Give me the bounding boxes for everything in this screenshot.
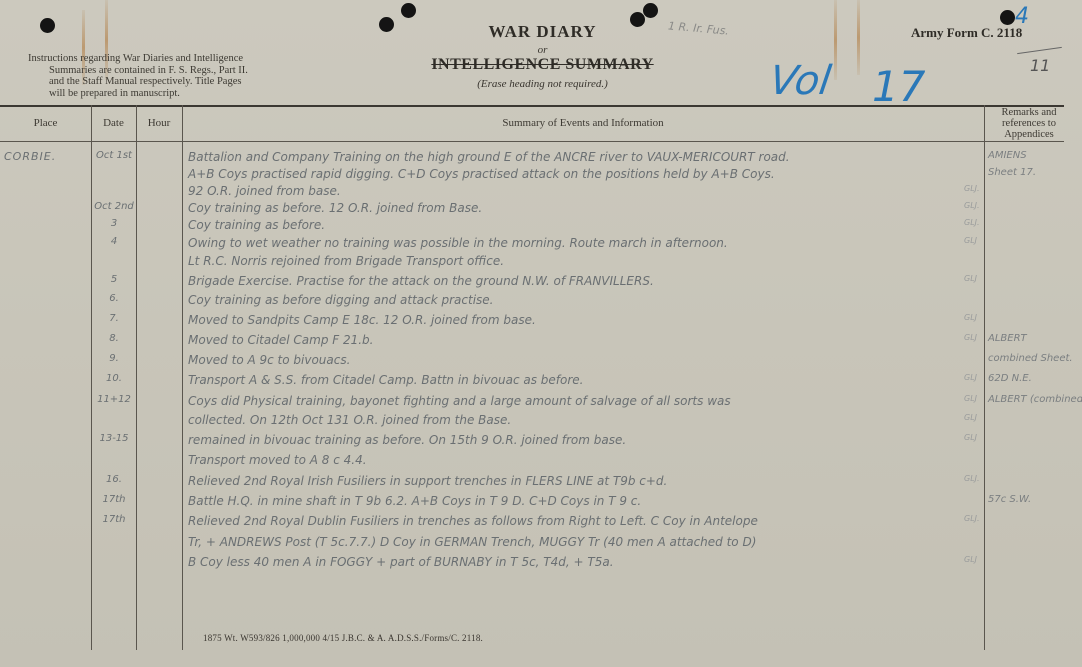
erase-note: (Erase heading not required.) (400, 78, 685, 90)
column-header-remarks: Remarks and references to Appendices (984, 105, 1074, 141)
table-row: 16.Relieved 2nd Royal Irish Fusiliers in… (0, 474, 1082, 492)
initials-cell: GLJ (964, 433, 977, 442)
date-cell: 5 (92, 274, 136, 285)
table-row: collected. On 12th Oct 131 O.R. joined f… (0, 413, 1082, 431)
initials-cell: GLJ (964, 413, 977, 422)
summary-cell: Transport moved to A 8 c 4.4. (188, 453, 978, 467)
initials-cell: GLJ. (964, 218, 980, 227)
summary-cell: A+B Coys practised rapid digging. C+D Co… (188, 167, 978, 181)
date-cell: 10. (92, 373, 136, 384)
table-row: 17thBattle H.Q. in mine shaft in T 9b 6.… (0, 494, 1082, 512)
instructions-note: Instructions regarding War Diaries and I… (28, 53, 278, 99)
printer-imprint: 1875 Wt. W593/826 1,000,000 4/15 J.B.C. … (203, 633, 483, 643)
initials-cell: GLJ (964, 373, 977, 382)
date-cell: 17th (92, 494, 136, 505)
form-title: WAR DIARY or INTELLIGENCE SUMMARY (Erase… (400, 22, 685, 90)
initials-cell: GLJ. (964, 514, 980, 523)
date-cell: Oct 1st (92, 150, 136, 161)
initials-cell: GLJ (964, 236, 977, 245)
summary-cell: Moved to Citadel Camp F 21.b. (188, 333, 978, 347)
table-row: 13-15remained in bivouac training as bef… (0, 433, 1082, 451)
date-cell: 13-15 (92, 433, 136, 444)
summary-cell: Coy training as before digging and attac… (188, 293, 978, 307)
initials-cell: GLJ (964, 313, 977, 322)
table-row: Oct 2ndCoy training as before. 12 O.R. j… (0, 201, 1082, 219)
date-cell: 16. (92, 474, 136, 485)
folio-divider (1017, 47, 1062, 54)
remarks-cell: Sheet 17. (988, 167, 1036, 178)
table-row: 8.Moved to Citadel Camp F 21.b.GLJALBERT (0, 333, 1082, 351)
table-row: Transport moved to A 8 c 4.4. (0, 453, 1082, 471)
summary-cell: remained in bivouac training as before. … (188, 433, 978, 447)
initials-cell: GLJ (964, 274, 977, 283)
summary-cell: Coy training as before. 12 O.R. joined f… (188, 201, 978, 215)
war-diary-page: Instructions regarding War Diaries and I… (0, 0, 1082, 667)
punch-hole (1000, 10, 1015, 25)
punch-hole (643, 3, 658, 18)
initials-cell: GLJ (964, 394, 977, 403)
summary-cell: Brigade Exercise. Practise for the attac… (188, 274, 978, 288)
date-cell: Oct 2nd (92, 201, 136, 212)
date-cell: 4 (92, 236, 136, 247)
date-cell: 11+12 (92, 394, 136, 405)
remarks-cell: ALBERT (988, 333, 1027, 344)
remarks-cell: combined Sheet. (988, 353, 1073, 364)
remarks-cell: 57c S.W. (988, 494, 1031, 505)
initials-cell: GLJ. (964, 184, 980, 193)
place-cell: CORBIE. (4, 150, 56, 163)
date-cell: 9. (92, 353, 136, 364)
summary-cell: Battle H.Q. in mine shaft in T 9b 6.2. A… (188, 494, 978, 508)
column-header-hour: Hour (136, 105, 182, 141)
folio-number: 4 (1015, 4, 1029, 29)
table-row: 7.Moved to Sandpits Camp E 18c. 12 O.R. … (0, 313, 1082, 331)
rust-stain (857, 0, 860, 75)
table-row: 5Brigade Exercise. Practise for the atta… (0, 274, 1082, 292)
summary-cell: Relieved 2nd Royal Irish Fusiliers in su… (188, 474, 978, 488)
summary-cell: Transport A & S.S. from Citadel Camp. Ba… (188, 373, 978, 387)
title-or: or (400, 44, 685, 56)
volume-number: 17 (872, 62, 925, 111)
summary-cell: Lt R.C. Norris rejoined from Brigade Tra… (188, 254, 978, 268)
rust-stain (834, 0, 837, 80)
initials-cell: GLJ (964, 555, 977, 564)
punch-hole (401, 3, 416, 18)
remarks-cell: 62D N.E. (988, 373, 1032, 384)
table-header-rule (0, 141, 1064, 142)
summary-cell: Coy training as before. (188, 218, 978, 232)
table-row: 92 O.R. joined from base.GLJ. (0, 184, 1082, 202)
remarks-cell: AMIENS (988, 150, 1027, 161)
remarks-cell: ALBERT (combined) (988, 394, 1082, 405)
summary-cell: Owing to wet weather no training was pos… (188, 236, 978, 250)
date-cell: 17th (92, 514, 136, 525)
summary-cell: Battalion and Company Training on the hi… (188, 150, 978, 164)
table-row: B Coy less 40 men A in FOGGY + part of B… (0, 555, 1082, 573)
table-row: Lt R.C. Norris rejoined from Brigade Tra… (0, 254, 1082, 272)
summary-cell: B Coy less 40 men A in FOGGY + part of B… (188, 555, 978, 569)
table-row: A+B Coys practised rapid digging. C+D Co… (0, 167, 1082, 185)
struck-subtitle: INTELLIGENCE SUMMARY (400, 56, 685, 74)
table-row: Tr, + ANDREWS Post (T 5c.7.7.) D Coy in … (0, 535, 1082, 553)
initials-cell: GLJ (964, 333, 977, 342)
summary-cell: Moved to Sandpits Camp E 18c. 12 O.R. jo… (188, 313, 978, 327)
date-cell: 6. (92, 293, 136, 304)
volume-label: Vol (767, 58, 834, 104)
date-cell: 7. (92, 313, 136, 324)
initials-cell: GLJ. (964, 201, 980, 210)
table-row: 6.Coy training as before digging and att… (0, 293, 1082, 311)
date-cell: 3 (92, 218, 136, 229)
summary-cell: Relieved 2nd Royal Dublin Fusiliers in t… (188, 514, 978, 528)
table-row: 10.Transport A & S.S. from Citadel Camp.… (0, 373, 1082, 391)
table-row: 3Coy training as before.GLJ. (0, 218, 1082, 236)
initials-cell: GLJ. (964, 474, 980, 483)
table-row: 4Owing to wet weather no training was po… (0, 236, 1082, 254)
page-title: WAR DIARY (400, 22, 685, 42)
summary-cell: 92 O.R. joined from base. (188, 184, 978, 198)
punch-hole (40, 18, 55, 33)
summary-cell: Moved to A 9c to bivouacs. (188, 353, 978, 367)
table-row: CORBIE.Oct 1stBattalion and Company Trai… (0, 150, 1082, 168)
column-header-place: Place (0, 105, 91, 141)
folio-sub-number: 11 (1030, 56, 1050, 75)
table-row: 9.Moved to A 9c to bivouacs.combined She… (0, 353, 1082, 371)
army-form-number: Army Form C. 2118 (911, 25, 1022, 41)
summary-cell: Coys did Physical training, bayonet figh… (188, 394, 978, 408)
column-header-summary: Summary of Events and Information (182, 105, 984, 141)
summary-cell: collected. On 12th Oct 131 O.R. joined f… (188, 413, 978, 427)
punch-hole (379, 17, 394, 32)
table-row: 11+12Coys did Physical training, bayonet… (0, 394, 1082, 412)
column-header-date: Date (91, 105, 136, 141)
summary-cell: Tr, + ANDREWS Post (T 5c.7.7.) D Coy in … (188, 535, 978, 549)
date-cell: 8. (92, 333, 136, 344)
table-row: 17thRelieved 2nd Royal Dublin Fusiliers … (0, 514, 1082, 532)
